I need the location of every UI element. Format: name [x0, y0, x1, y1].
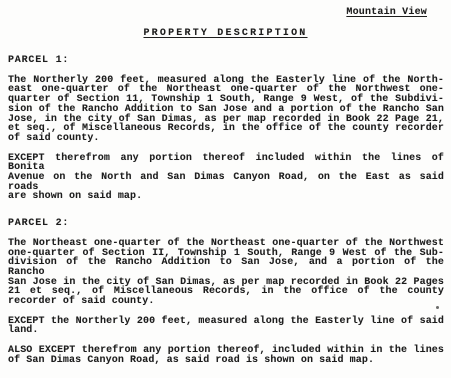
text-line: EXCEPT therefrom any portion thereof inc… — [8, 154, 444, 173]
paragraph: EXCEPT the Northerly 200 feet, measured … — [8, 317, 444, 336]
section-parcel-1: PARCEL 1:The Northerly 200 feet, measure… — [8, 56, 444, 202]
paragraph: The Northerly 200 feet, measured along t… — [8, 76, 444, 144]
document-page: Mountain View PROPERTY DESCRIPTION PARCE… — [0, 0, 451, 378]
scan-speck — [436, 306, 439, 309]
section-heading: PARCEL 2: — [8, 219, 444, 229]
document-body: PARCEL 1:The Northerly 200 feet, measure… — [0, 56, 451, 366]
paragraph: EXCEPT therefrom any portion thereof inc… — [8, 154, 444, 203]
corner-label: Mountain View — [0, 0, 451, 18]
text-line: of said county. — [8, 134, 444, 144]
text-line: are shown on said map. — [8, 192, 444, 202]
text-line: of San Dimas Canyon Road, as said road i… — [8, 356, 444, 366]
text-line: EXCEPT the Northerly 200 feet, measured … — [8, 317, 444, 327]
text-line: recorder of said county. — [8, 297, 444, 307]
text-line: land. — [8, 326, 444, 336]
text-line: Avenue on the North and San Dimas Canyon… — [8, 173, 444, 192]
paragraph: ALSO EXCEPT therefrom any portion thereo… — [8, 346, 444, 365]
section-parcel-2: PARCEL 2:The Northeast one-quarter of th… — [8, 219, 444, 365]
section-heading: PARCEL 1: — [8, 56, 444, 66]
page-title: PROPERTY DESCRIPTION — [0, 29, 451, 39]
paragraph: The Northeast one-quarter of the Northea… — [8, 239, 444, 307]
text-line: division of the Rancho Addition to San J… — [8, 258, 444, 277]
